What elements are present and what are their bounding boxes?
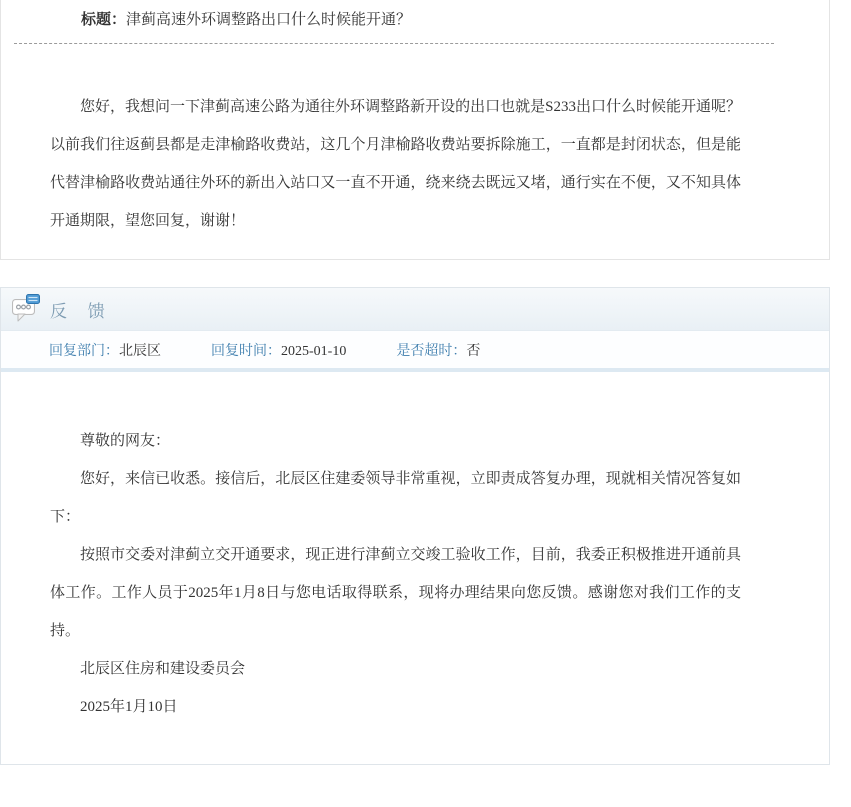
overdue-status: 是否超时：否 xyxy=(396,340,480,360)
feedback-card: 反 馈 回复部门：北辰区 回复时间：2025-01-10 是否超时：否 尊敬的网… xyxy=(0,287,830,765)
reply-signature: 北辰区住房和建设委员会 xyxy=(50,650,741,688)
card-gap xyxy=(0,260,851,287)
reply-time-label: 回复时间： xyxy=(211,344,281,359)
question-title-text: 津蓟高速外环调整路出口什么时候能开通？ xyxy=(126,12,411,28)
reply-time-value: 2025-01-10 xyxy=(281,344,346,359)
overdue-status-label: 是否超时： xyxy=(396,344,466,359)
reply-paragraph-2: 按照市交委对津蓟立交开通要求，现正进行津蓟立交竣工验收工作，目前，我委正积极推进… xyxy=(50,536,741,650)
reply-paragraph-1: 您好，来信已收悉。接信后，北辰区住建委领导非常重视，立即责成答复办理，现就相关情… xyxy=(50,460,741,536)
feedback-info-bar: 回复部门：北辰区 回复时间：2025-01-10 是否超时：否 xyxy=(1,331,829,372)
reply-date: 2025年1月10日 xyxy=(50,688,741,726)
reply-content: 尊敬的网友： 您好，来信已收悉。接信后，北辰区住建委领导非常重视，立即责成答复办… xyxy=(1,372,829,726)
reply-department-value: 北辰区 xyxy=(119,344,161,359)
question-body-text: 您好，我想问一下津蓟高速公路为通往外环调整路新开设的出口也就是S233出口什么时… xyxy=(1,44,829,240)
reply-salutation: 尊敬的网友： xyxy=(50,422,741,460)
feedback-section-title: 反 馈 xyxy=(50,297,113,322)
reply-time: 回复时间：2025-01-10 xyxy=(211,340,346,360)
feedback-header-bar: 反 馈 xyxy=(1,288,829,331)
question-card: 标题：津蓟高速外环调整路出口什么时候能开通？ 您好，我想问一下津蓟高速公路为通往… xyxy=(0,0,830,260)
question-title-label: 标题： xyxy=(81,12,126,28)
overdue-status-value: 否 xyxy=(466,344,480,359)
reply-department: 回复部门：北辰区 xyxy=(49,340,161,360)
speech-bubbles-icon xyxy=(11,294,41,325)
question-title-row: 标题：津蓟高速外环调整路出口什么时候能开通？ xyxy=(1,0,829,31)
reply-department-label: 回复部门： xyxy=(49,344,119,359)
